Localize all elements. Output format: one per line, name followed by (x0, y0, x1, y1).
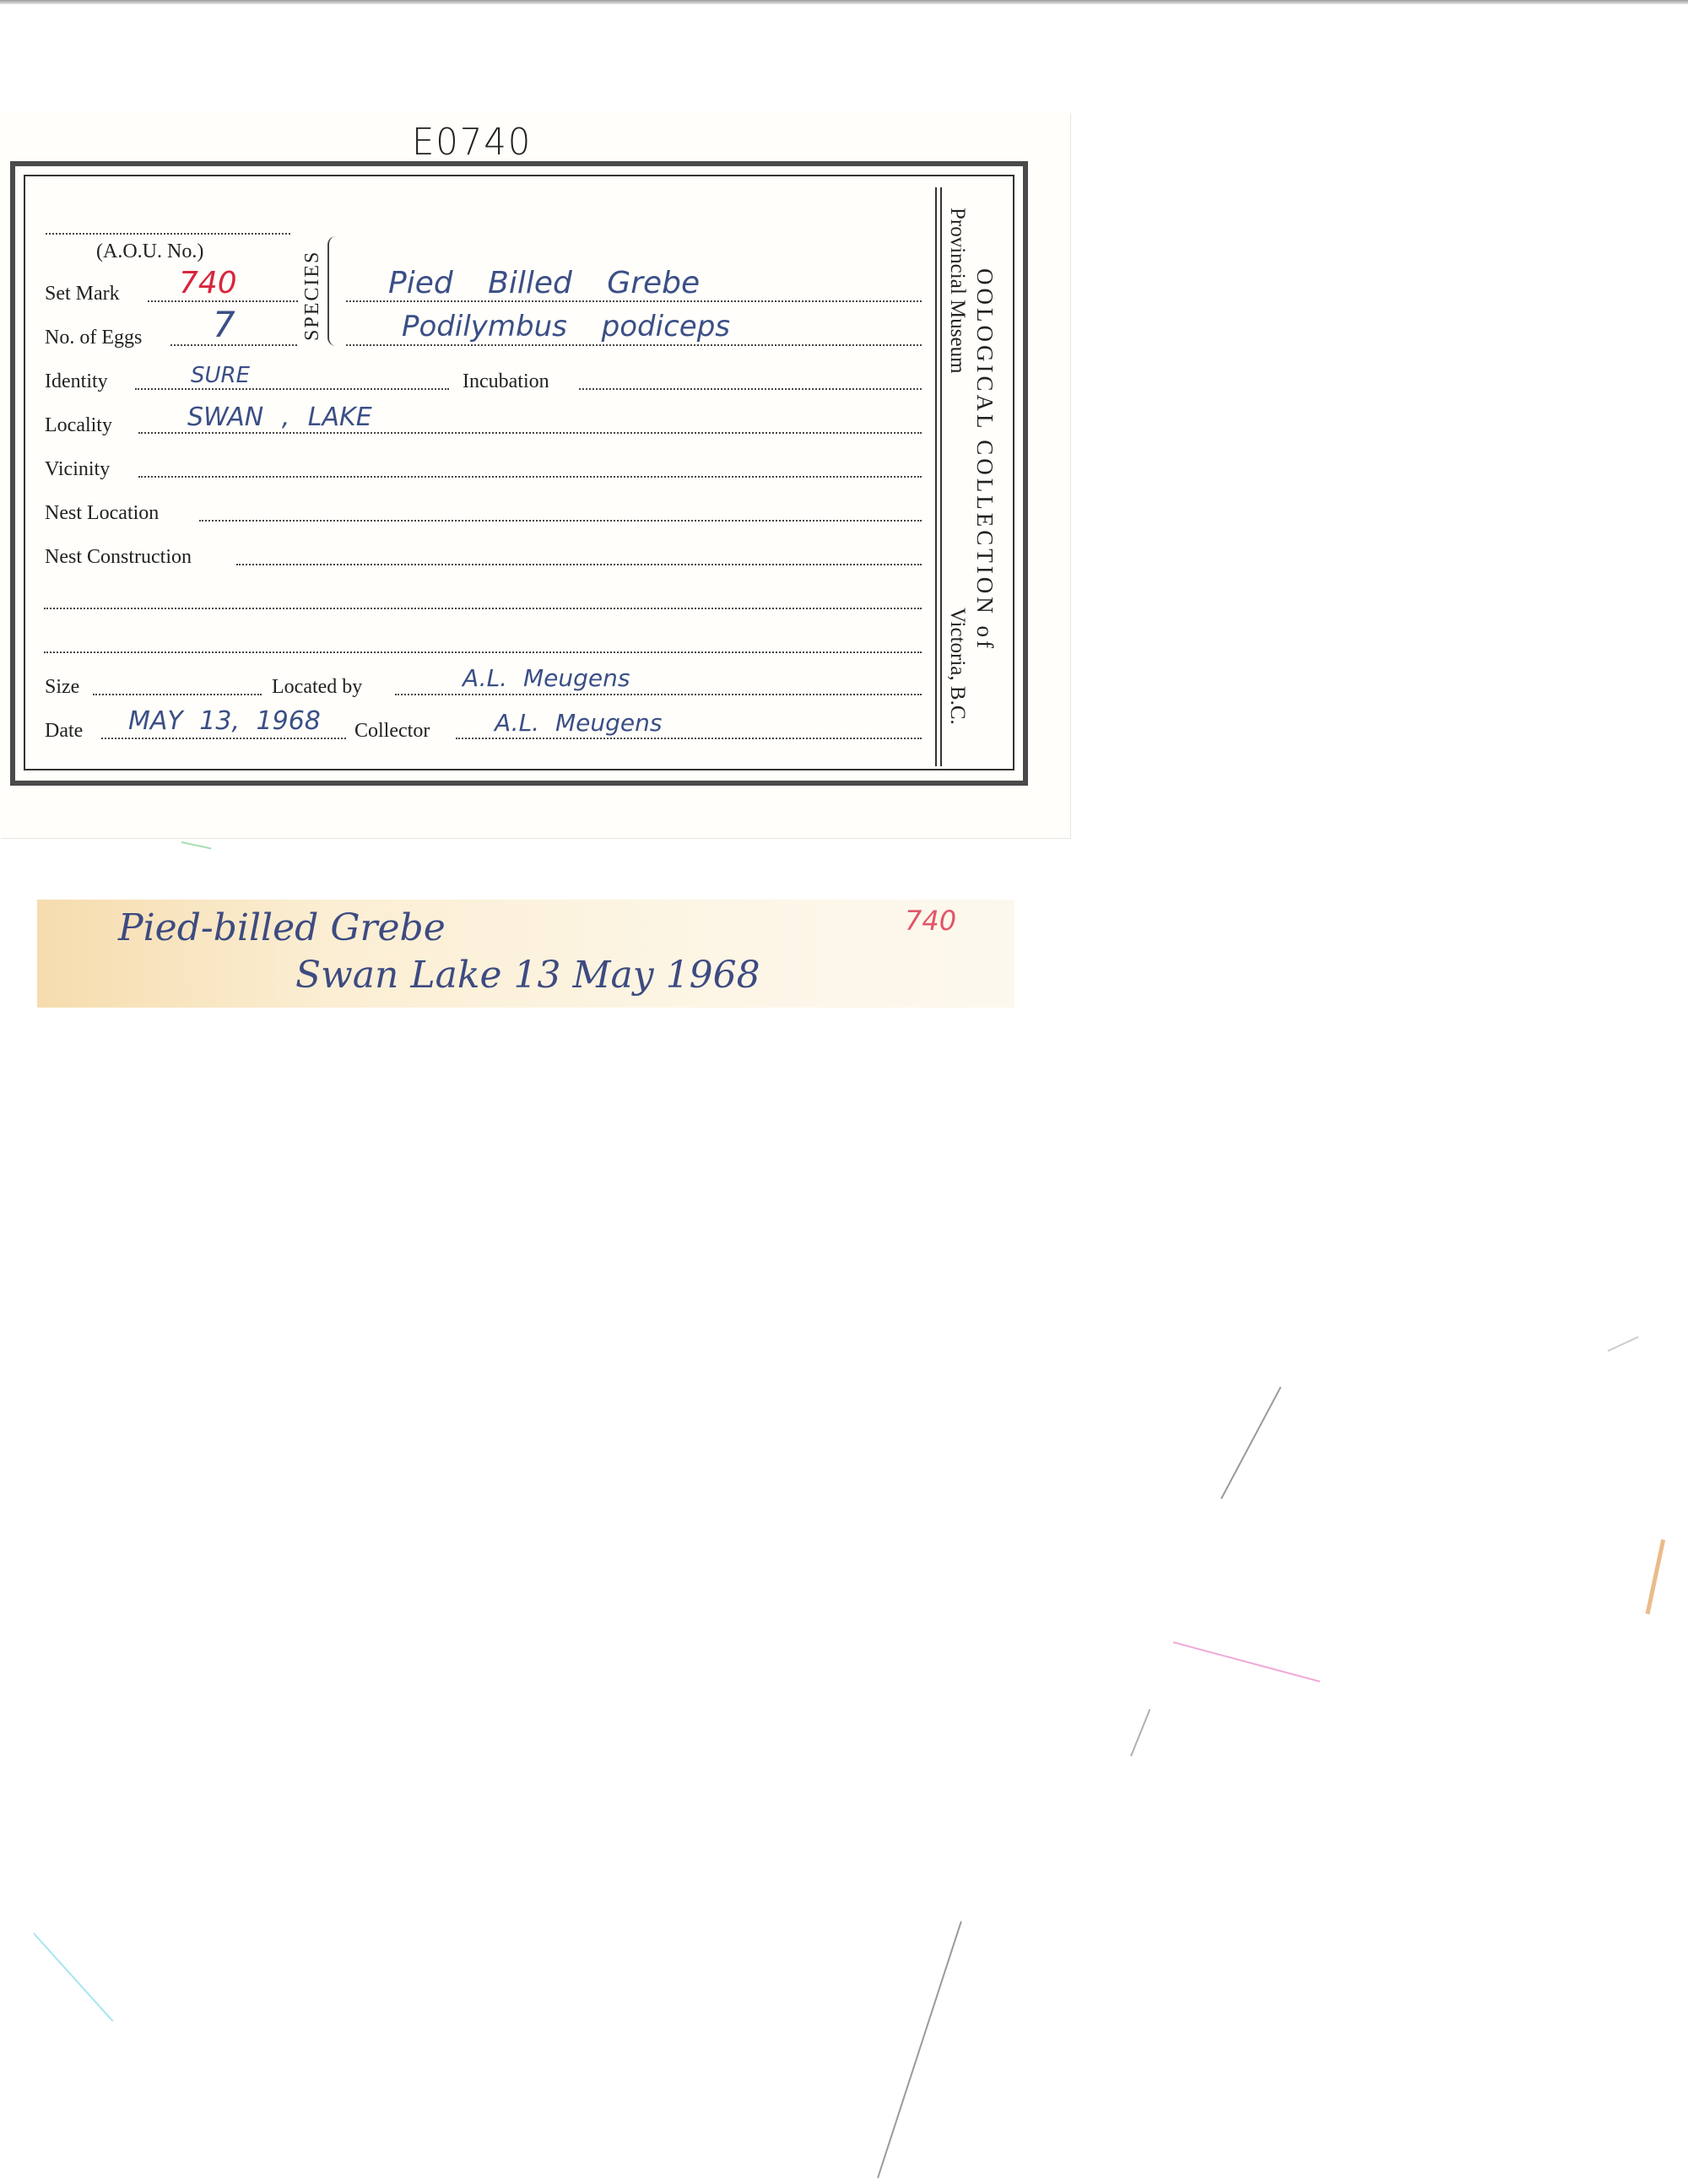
locality-line (138, 432, 922, 434)
aou-label: (A.O.U. No.) (96, 241, 203, 262)
locality-label: Locality (45, 415, 112, 435)
label-species: Pied-billed Grebe (118, 906, 446, 949)
collection-title: OOLOGICAL COLLECTION of (971, 268, 998, 651)
incubation-line (579, 388, 922, 390)
scan-mark (1173, 1641, 1320, 1683)
label-number: 740 (905, 905, 956, 937)
aou-line (46, 233, 290, 235)
identity-label: Identity (45, 371, 108, 392)
scan-mark (1646, 1539, 1666, 1614)
nest-location-label: Nest Location (45, 503, 159, 523)
no-of-eggs-label: No. of Eggs (45, 327, 142, 348)
collector-label: Collector (354, 721, 430, 741)
species-brace (327, 236, 341, 346)
species-common-line (346, 300, 922, 302)
species-latin-value: Podilymbus podiceps (402, 312, 730, 341)
vicinity-line (138, 476, 922, 478)
nest-construction-line (236, 564, 922, 565)
incubation-label: Incubation (463, 371, 549, 392)
size-line (93, 694, 262, 695)
set-mark-value: 740 (179, 268, 237, 299)
identity-value: SURE (191, 365, 250, 387)
species-common-value: Pied Billed Grebe (388, 268, 700, 299)
vicinity-label: Vicinity (45, 459, 110, 479)
label-locality-date: Swan Lake 13 May 1968 (295, 954, 760, 997)
scan-top-edge (0, 0, 1688, 4)
side-divider (935, 187, 937, 766)
set-mark-label: Set Mark (45, 284, 120, 304)
date-line (101, 738, 346, 739)
size-label: Size (45, 677, 79, 697)
scan-mark (1608, 1336, 1639, 1352)
species-heading: SPECIES (301, 251, 324, 341)
species-latin-line (346, 344, 922, 346)
collector-line (456, 738, 922, 739)
side-divider-2 (940, 187, 942, 766)
blank-line-1 (44, 608, 922, 609)
set-mark-line (148, 300, 298, 302)
locality-value: SWAN , LAKE (187, 405, 372, 430)
no-of-eggs-value: 7 (213, 307, 235, 343)
scan-mark (1130, 1709, 1150, 1756)
scan-mark (1220, 1387, 1281, 1499)
scan-mark (877, 1921, 962, 2178)
date-value: MAY 13, 1968 (128, 709, 321, 734)
scan-mark (33, 1933, 113, 2021)
identity-line (135, 388, 449, 390)
date-label: Date (45, 721, 83, 741)
located-by-value: A.L. Meugens (463, 667, 630, 690)
blank-line-2 (44, 651, 922, 653)
nest-location-line (199, 520, 922, 522)
museum-location: Victoria, B.C. (945, 608, 969, 725)
located-by-label: Located by (272, 677, 362, 697)
located-by-line (395, 694, 922, 695)
collector-value: A.L. Meugens (495, 711, 662, 735)
scan-mark (181, 841, 212, 849)
nest-construction-label: Nest Construction (45, 547, 192, 567)
museum-name: Provincial Museum (945, 208, 969, 374)
catalog-number: E0740 (412, 121, 532, 164)
